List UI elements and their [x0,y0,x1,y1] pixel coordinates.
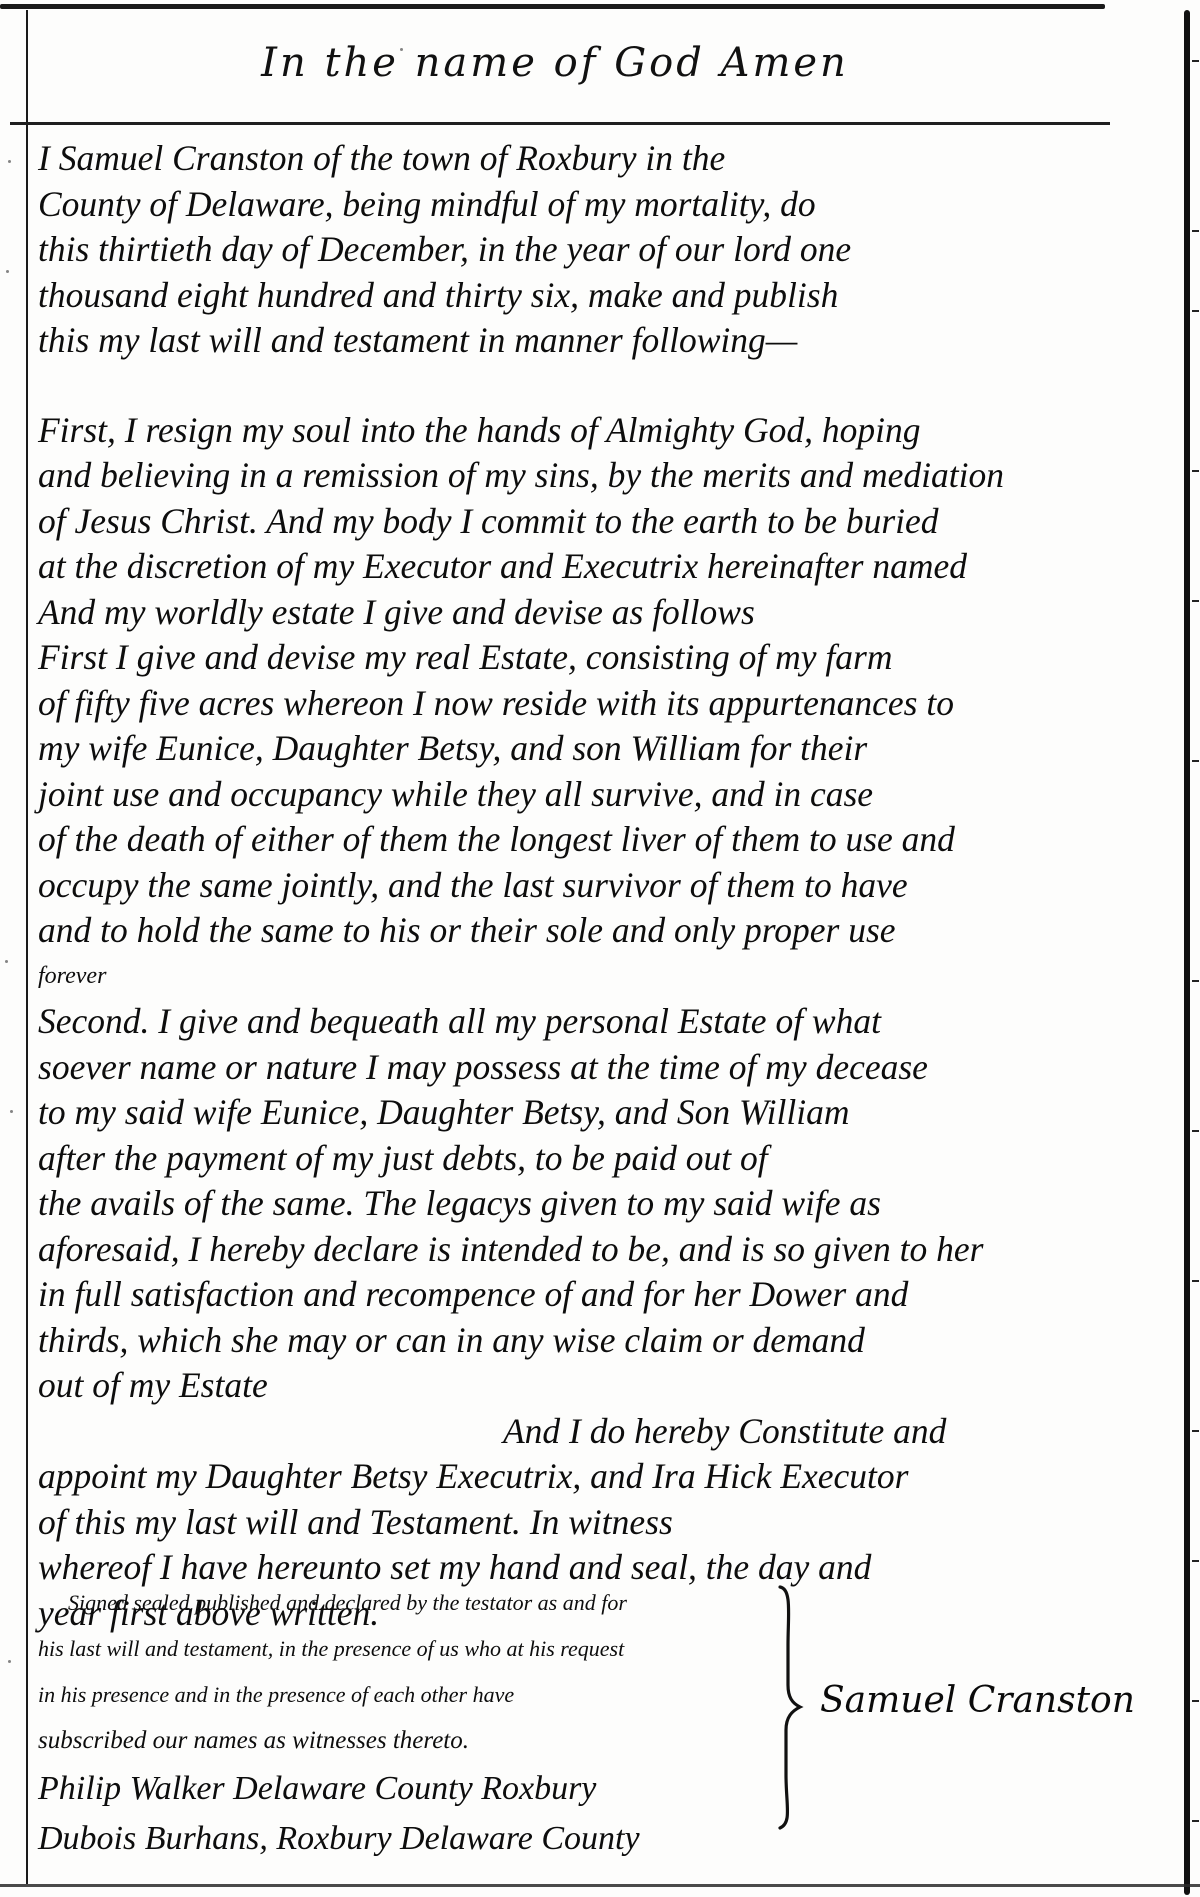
text-line: of this my last will and Testament. In w… [38,1500,1173,1546]
text-line: County of Delaware, being mindful of my … [38,182,1173,228]
text-line: joint use and occupancy while they all s… [38,772,1173,818]
scan-speck [6,270,9,273]
text-line: First I give and devise my real Estate, … [38,635,1173,681]
scan-speck [8,160,11,163]
attestation-line: Signed sealed published and declared by … [38,1580,798,1626]
text-line: occupy the same jointly, and the last su… [38,863,1173,909]
text-line: And my worldly estate I give and devise … [38,590,1173,636]
text-line: of Jesus Christ. And my body I commit to… [38,499,1173,545]
attestation-clause: Signed sealed published and declared by … [38,1580,798,1864]
adjacent-page-edge [1192,0,1200,1897]
text-line: thousand eight hundred and thirty six, m… [38,273,1173,319]
text-line: thirds, which she may or can in any wise… [38,1318,1173,1364]
top-border-rule [0,4,1105,9]
preamble-paragraph: I Samuel Cranston of the town of Roxbury… [38,136,1173,364]
text-line: and to hold the same to his or their sol… [38,908,1173,954]
text-line: of fifty five acres whereon I now reside… [38,681,1173,727]
text-line: Second. I give and bequeath all my perso… [38,999,1173,1045]
text-line: First, I resign my soul into the hands o… [38,408,1173,454]
text-line: of the death of either of them the longe… [38,817,1173,863]
text-line: soever name or nature I may possess at t… [38,1045,1173,1091]
right-margin-rule [1184,10,1190,1895]
scanned-will-page: In the name of God Amen I Samuel Cransto… [0,0,1200,1897]
text-line: And I do hereby Constitute and [38,1409,1173,1455]
second-bequest-paragraph: Second. I give and bequeath all my perso… [38,999,1173,1409]
testator-signature: Samuel Cranston [820,1680,1160,1721]
left-margin-rule [26,10,28,1884]
attestation-line: subscribed our names as witnesses theret… [38,1718,798,1764]
attestation-line: his last will and testament, in the pres… [38,1626,798,1672]
text-line: forever [38,954,1173,1000]
text-line: and believing in a remission of my sins,… [38,453,1173,499]
attestation-line: in his presence and in the presence of e… [38,1672,798,1718]
text-line: in full satisfaction and recompence of a… [38,1272,1173,1318]
text-line: this my last will and testament in manne… [38,318,1173,364]
text-line: my wife Eunice, Daughter Betsy, and son … [38,726,1173,772]
scan-speck [5,960,8,963]
text-line: after the payment of my just debts, to b… [38,1136,1173,1182]
text-line: I Samuel Cranston of the town of Roxbury… [38,136,1173,182]
text-line: appoint my Daughter Betsy Executrix, and… [38,1454,1173,1500]
scan-speck [10,1110,13,1113]
scan-speck [400,48,403,51]
text-line: to my said wife Eunice, Daughter Betsy, … [38,1090,1173,1136]
bottom-border-rule [0,1884,1200,1887]
text-line: at the discretion of my Executor and Exe… [38,544,1173,590]
text-line: aforesaid, I hereby declare is intended … [38,1227,1173,1273]
text-line: out of my Estate [38,1363,1173,1409]
scan-speck [8,1660,11,1663]
heading-divider-rule [10,122,1110,125]
first-bequest-paragraph: First, I resign my soul into the hands o… [38,408,1173,1000]
text-line: the avails of the same. The legacys give… [38,1181,1173,1227]
will-body: I Samuel Cranston of the town of Roxbury… [38,136,1173,1636]
document-heading: In the name of God Amen [0,40,1110,86]
witness-signature-2: Dubois Burhans, Roxbury Delaware County [38,1814,798,1864]
witness-signature-1: Philip Walker Delaware County Roxbury [38,1764,798,1814]
text-line: this thirtieth day of December, in the y… [38,227,1173,273]
curly-brace-icon [776,1585,806,1830]
